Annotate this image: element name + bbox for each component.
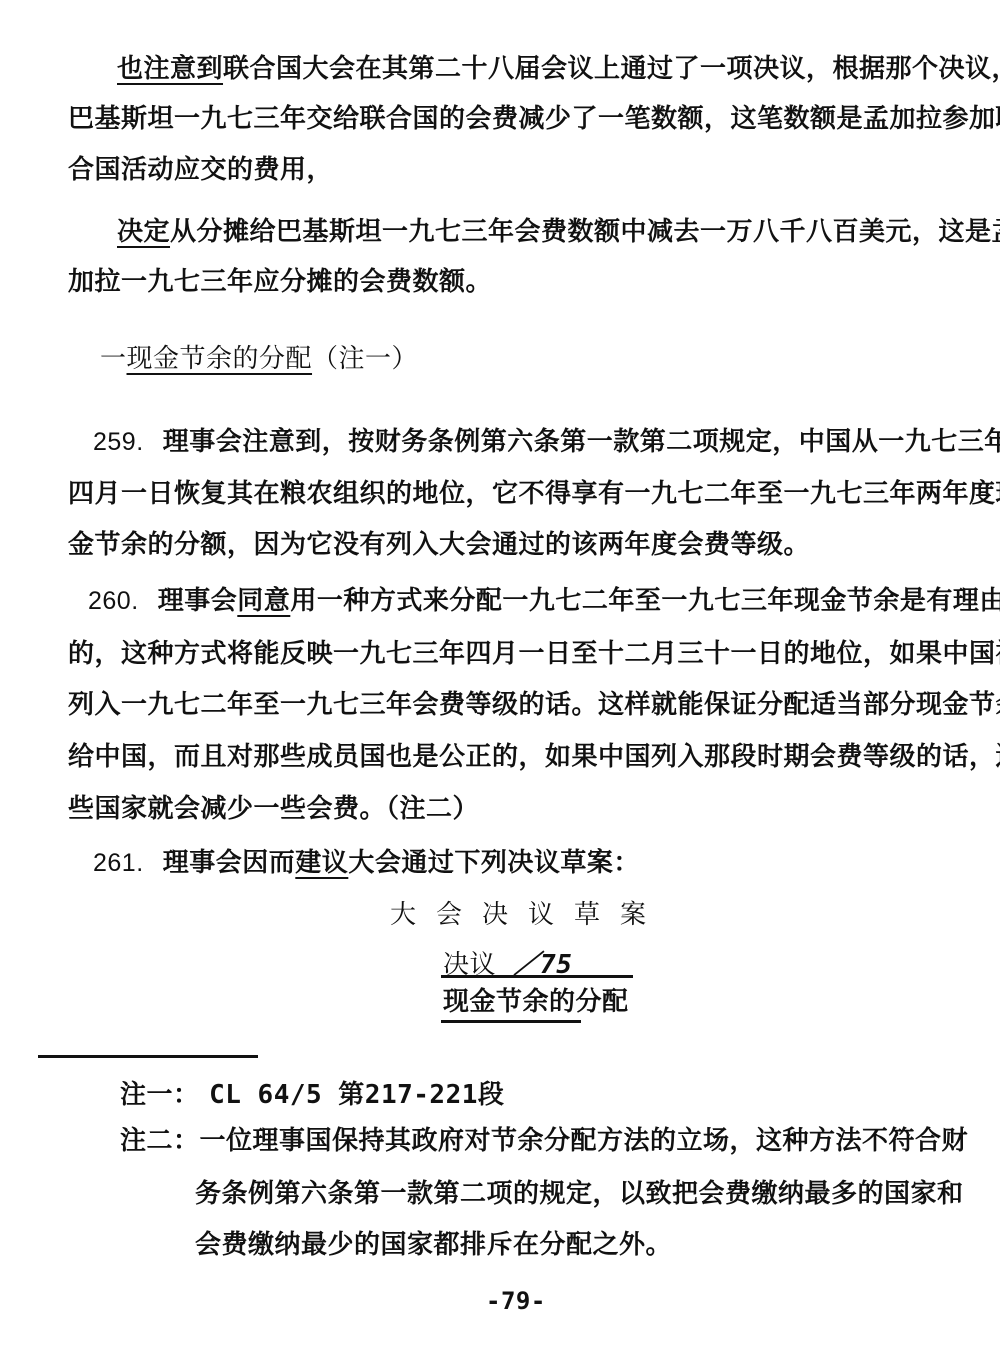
para-260-line-5: 些国家就会减少一些会费。（注二） [68,792,479,826]
resolution-number-rule [441,975,633,978]
footnote-1: 注一： CL 64/5 第217-221段 [120,1078,504,1112]
underlined-also-notes: 也注意到 [117,54,223,84]
note-para-line-2: 巴基斯坦一九七三年交给联合国的会费减少了一笔数额，这笔数额是孟加拉参加联 [68,102,1000,136]
para-261: 261. 理事会因而建议大会通过下列决议草案： [93,846,640,880]
underlined-decides: 决定 [117,217,170,247]
draft-resolution-title: 大会决议草案 [390,898,666,932]
resolution-title-rule [441,1020,581,1023]
para-number: 261. [93,849,144,877]
para-number: 260. [88,587,139,615]
resolution-title: 现金节余的分配 [443,985,629,1019]
footnote-separator [38,1055,258,1058]
underlined-recommends: 建议 [295,848,348,878]
page-number: -79- [486,1284,546,1318]
footnote-2-line-2: 务条例第六条第一款第二项的规定，以致把会费缴纳最多的国家和 [195,1177,964,1211]
para-259-line-2: 四月一日恢复其在粮农组织的地位，它不得享有一九七二年至一九七三年两年度现 [68,477,1000,511]
decide-para-line-2: 加拉一九七三年应分摊的会费数额。 [68,265,492,299]
footnote-2-line-3: 会费缴纳最少的国家都排斥在分配之外。 [195,1228,672,1262]
footnote-label: 注一： [120,1080,200,1110]
decide-para-line-1: 决定从分摊给巴基斯坦一九七三年会费数额中减去一万八千八百美元，这是孟 [117,215,1000,249]
footnote-label: 注二： [120,1126,200,1156]
underlined-agrees: 同意 [237,586,290,616]
para-259-line-1: 259. 理事会注意到，按财务条例第六条第一款第二项规定，中国从一九七三年 [93,425,1000,459]
footnote-2-line-1: 注二：一位理事国保持其政府对节余分配方法的立场，这种方法不符合财 [120,1124,968,1158]
para-number: 259. [93,428,144,456]
para-260-line-3: 列入一九七二年至一九七三年会费等级的话。这样就能保证分配适当部分现金节余 [68,688,1000,722]
para-260-line-1: 260. 理事会同意用一种方式来分配一九七二年至一九七三年现金节余是有理由 [88,584,1000,618]
para-260-line-4: 给中国，而且对那些成员国也是公正的，如果中国列入那段时期会费等级的话，这 [68,740,1000,774]
section-heading-title: 现金节余的分配 [127,344,313,374]
note-para-line-1: 也注意到联合国大会在其第二十八届会议上通过了一项决议，根据那个决议， [117,52,957,86]
para-259-line-3: 金节余的分额，因为它没有列入大会通过的该两年度会费等级。 [68,528,810,562]
note-para-line-3: 合国活动应交的费用， [68,153,333,187]
para-260-line-2: 的，这种方式将能反映一九七三年四月一日至十二月三十一日的地位，如果中国被 [68,637,1000,671]
section-heading: 一现金节余的分配（注一） [100,342,418,376]
